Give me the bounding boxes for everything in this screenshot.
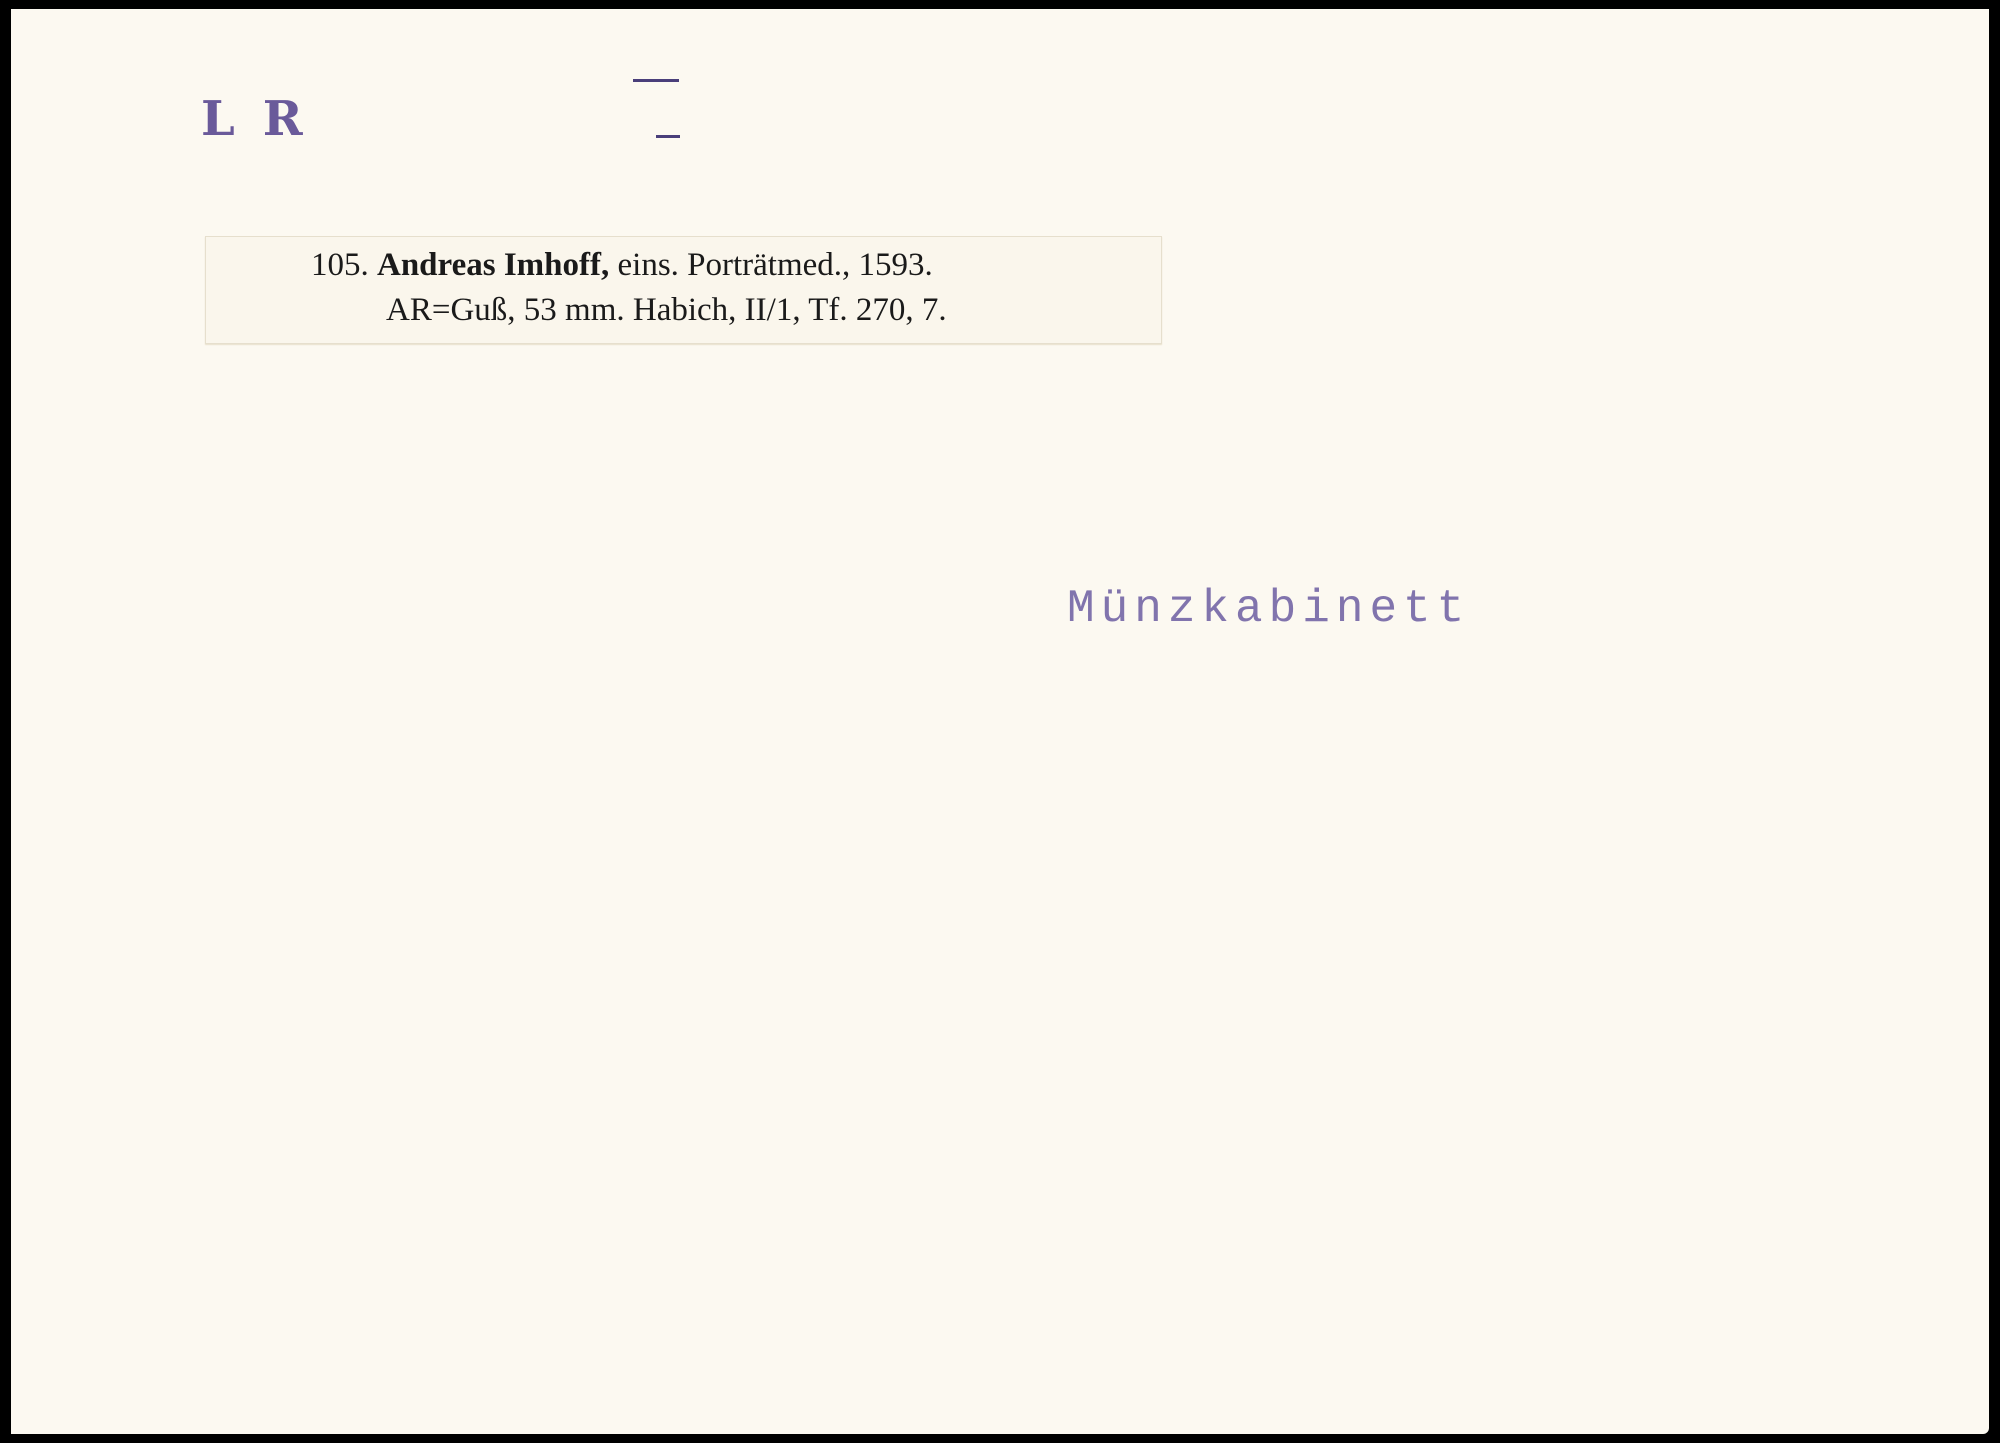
- initials-stamp: LR: [201, 91, 331, 147]
- subject-name: Andreas Imhoff,: [377, 247, 609, 283]
- label-line-1: 105. Andreas Imhoff, eins. Porträtmed., …: [311, 247, 933, 284]
- pen-mark-top: [633, 79, 679, 82]
- initial-l: L: [201, 91, 263, 147]
- catalog-label: 105. Andreas Imhoff, eins. Porträtmed., …: [205, 236, 1162, 344]
- document-card: LR 105. Andreas Imhoff, eins. Porträtmed…: [11, 9, 1989, 1434]
- collection-stamp: Münzkabinett: [1067, 583, 1470, 635]
- label-line-2: AR=Guß, 53 mm. Habich, II/1, Tf. 270, 7.: [386, 292, 947, 329]
- pen-mark-bottom: [656, 135, 680, 138]
- label-line-1-rest: eins. Porträtmed., 1593.: [618, 247, 933, 283]
- initial-r: R: [263, 91, 331, 147]
- catalog-number: 105.: [311, 247, 369, 283]
